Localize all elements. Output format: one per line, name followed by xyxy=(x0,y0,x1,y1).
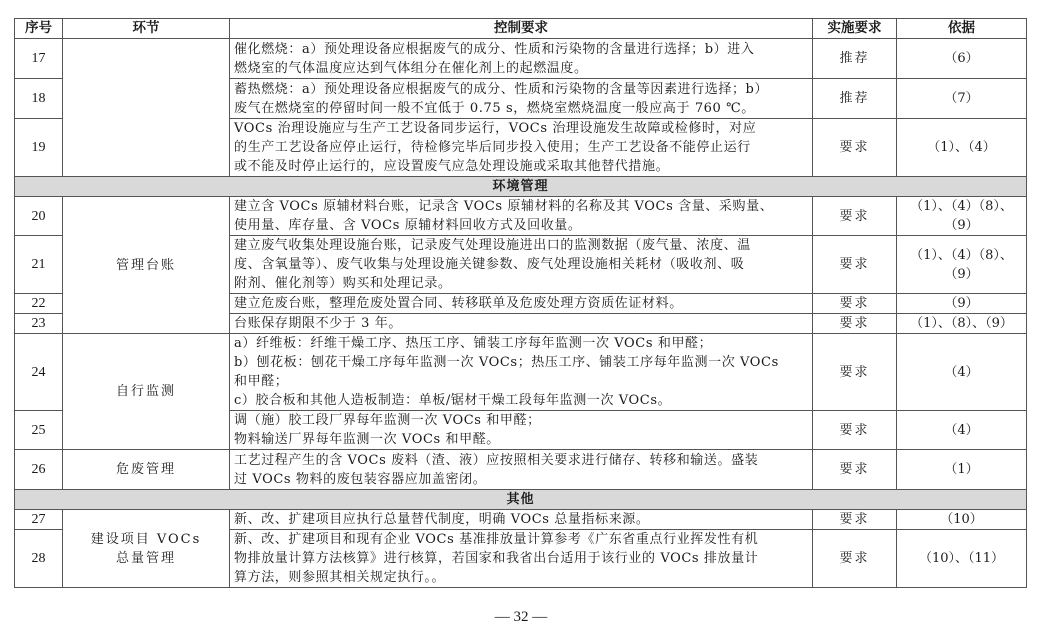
row-content: a）纤维板：纤维干燥工序、热压工序、铺装工序每年监测一次 VOCs 和甲醛； b… xyxy=(230,334,813,411)
row-num: 28 xyxy=(15,530,63,588)
content-line: 过 VOCs 物料的废包装容器应加盖密闭。 xyxy=(234,470,808,489)
section-title: 环境管理 xyxy=(15,177,1027,197)
row-num: 20 xyxy=(15,197,63,236)
row-basis: （1）、（4）（8）、 （9） xyxy=(897,197,1027,236)
content-line: 工艺过程产生的含 VOCs 废料（渣、液）应按照相关要求进行储存、转移和输送。盛… xyxy=(234,451,808,470)
section-row-other: 其他 xyxy=(15,490,1027,510)
row-num: 21 xyxy=(15,236,63,294)
row-basis: （1）、（8）、（9） xyxy=(897,314,1027,334)
stage-cell: 危废管理 xyxy=(63,450,230,490)
content-line: c）胶合板和其他人造板制造：单板/锯材干燥工段每年监测一次 VOCs。 xyxy=(234,391,808,410)
row-basis: （1）、（4）（8）、 （9） xyxy=(897,236,1027,294)
content-line: b）刨花板：刨花干燥工序每年监测一次 VOCs；热压工序、铺装工序每年监测一次 … xyxy=(234,353,808,372)
content-line: 新、改、扩建项目应执行总量替代制度，明确 VOCs 总量指标来源。 xyxy=(234,510,808,529)
basis-line: （1）、（4）（8）、 xyxy=(901,246,1022,265)
row-content: 调（施）胶工段厂界每年监测一次 VOCs 和甲醛； 物料输送厂界每年监测一次 V… xyxy=(230,411,813,450)
row-impl: 要求 xyxy=(813,197,897,236)
basis-line: （9） xyxy=(901,265,1022,284)
row-basis: （10）、（11） xyxy=(897,530,1027,588)
header-stage: 环节 xyxy=(63,19,230,39)
row-num: 19 xyxy=(15,119,63,177)
content-line: 建立废气收集处理设施台账，记录废气处理设施进出口的监测数据（废气量、浓度、温 xyxy=(234,236,808,255)
content-line: 台账保存期限不少于 3 年。 xyxy=(234,314,808,333)
header-num: 序号 xyxy=(15,19,63,39)
stage-line: 总量管理 xyxy=(67,549,225,568)
basis-line: （9） xyxy=(901,216,1022,235)
row-impl: 要求 xyxy=(813,334,897,411)
row-basis: （4） xyxy=(897,411,1027,450)
section-row-env-mgmt: 环境管理 xyxy=(15,177,1027,197)
content-line: 新、改、扩建项目和现有企业 VOCs 基准排放量计算参考《广东省重点行业挥发性有… xyxy=(234,530,808,549)
table-row: 20 管理台账 建立含 VOCs 原辅材料台账，记录含 VOCs 原辅材料的名称… xyxy=(15,197,1027,236)
content-line: 物排放量计算方法核算》进行核算，若国家和我省出台适用于该行业的 VOCs 排放量… xyxy=(234,549,808,568)
content-line: 建立含 VOCs 原辅材料台账，记录含 VOCs 原辅材料的名称及其 VOCs … xyxy=(234,197,808,216)
stage-cell: 建设项目 VOCs 总量管理 xyxy=(63,510,230,588)
table-row: 26 危废管理 工艺过程产生的含 VOCs 废料（渣、液）应按照相关要求进行储存… xyxy=(15,450,1027,490)
stage-cell: 自行监测 xyxy=(63,334,230,450)
content-line: 物料输送厂界每年监测一次 VOCs 和甲醛。 xyxy=(234,430,808,449)
page-number: — 32 — xyxy=(0,609,1042,626)
row-impl: 要求 xyxy=(813,236,897,294)
basis-line: （1）、（4）（8）、 xyxy=(901,197,1022,216)
row-impl: 要求 xyxy=(813,510,897,530)
content-line: 燃烧室的气体温度应达到气体组分在催化剂上的起燃温度。 xyxy=(234,59,808,78)
row-num: 17 xyxy=(15,39,63,79)
row-content: 建立含 VOCs 原辅材料台账，记录含 VOCs 原辅材料的名称及其 VOCs … xyxy=(230,197,813,236)
row-content: 新、改、扩建项目应执行总量替代制度，明确 VOCs 总量指标来源。 xyxy=(230,510,813,530)
table-row: 27 建设项目 VOCs 总量管理 新、改、扩建项目应执行总量替代制度，明确 V… xyxy=(15,510,1027,530)
row-content: 工艺过程产生的含 VOCs 废料（渣、液）应按照相关要求进行储存、转移和输送。盛… xyxy=(230,450,813,490)
stage-cell xyxy=(63,39,230,177)
row-basis: （4） xyxy=(897,334,1027,411)
row-basis: （1） xyxy=(897,450,1027,490)
section-title: 其他 xyxy=(15,490,1027,510)
content-line: a）纤维板：纤维干燥工序、热压工序、铺装工序每年监测一次 VOCs 和甲醛； xyxy=(234,334,808,353)
row-impl: 推荐 xyxy=(813,79,897,119)
row-content: 新、改、扩建项目和现有企业 VOCs 基准排放量计算参考《广东省重点行业挥发性有… xyxy=(230,530,813,588)
content-line: 附剂、催化剂等）购买和处理记录。 xyxy=(234,274,808,293)
content-line: 的生产工艺设备应停止运行，待检修完毕后同步投入使用；生产工艺设备不能停止运行 xyxy=(234,138,808,157)
row-basis: （10） xyxy=(897,510,1027,530)
row-impl: 要求 xyxy=(813,119,897,177)
content-line: 催化燃烧：a）预处理设备应根据废气的成分、性质和污染物的含量进行选择；b）进入 xyxy=(234,40,808,59)
stage-cell: 管理台账 xyxy=(63,197,230,334)
row-impl: 要求 xyxy=(813,530,897,588)
row-impl: 推荐 xyxy=(813,39,897,79)
table-row: 24 自行监测 a）纤维板：纤维干燥工序、热压工序、铺装工序每年监测一次 VOC… xyxy=(15,334,1027,411)
stage-line: 建设项目 VOCs xyxy=(67,530,225,549)
content-line: 调（施）胶工段厂界每年监测一次 VOCs 和甲醛； xyxy=(234,411,808,430)
row-basis: （9） xyxy=(897,294,1027,314)
row-num: 26 xyxy=(15,450,63,490)
row-content: 台账保存期限不少于 3 年。 xyxy=(230,314,813,334)
table-header-row: 序号 环节 控制要求 实施要求 依据 xyxy=(15,19,1027,39)
header-impl: 实施要求 xyxy=(813,19,897,39)
row-impl: 要求 xyxy=(813,411,897,450)
content-line: 蓄热燃烧：a）预处理设备应根据废气的成分、性质和污染物的含量等因素进行选择；b） xyxy=(234,80,808,99)
row-basis: （6） xyxy=(897,39,1027,79)
row-num: 24 xyxy=(15,334,63,411)
row-num: 22 xyxy=(15,294,63,314)
row-basis: （1）、（4） xyxy=(897,119,1027,177)
row-content: VOCs 治理设施应与生产工艺设备同步运行，VOCs 治理设施发生故障或检修时，… xyxy=(230,119,813,177)
row-content: 蓄热燃烧：a）预处理设备应根据废气的成分、性质和污染物的含量等因素进行选择；b）… xyxy=(230,79,813,119)
content-line: 和甲醛； xyxy=(234,372,808,391)
row-impl: 要求 xyxy=(813,294,897,314)
header-basis: 依据 xyxy=(897,19,1027,39)
content-line: VOCs 治理设施应与生产工艺设备同步运行，VOCs 治理设施发生故障或检修时，… xyxy=(234,119,808,138)
content-line: 建立危废台账，整理危废处置合同、转移联单及危废处理方资质佐证材料。 xyxy=(234,294,808,313)
row-num: 23 xyxy=(15,314,63,334)
content-line: 使用量、库存量、含 VOCs 原辅材料回收方式及回收量。 xyxy=(234,216,808,235)
content-line: 或不能及时停止运行的，应设置废气应急处理设施或采取其他替代措施。 xyxy=(234,157,808,176)
table-row: 17 催化燃烧：a）预处理设备应根据废气的成分、性质和污染物的含量进行选择；b）… xyxy=(15,39,1027,79)
content-line: 废气在燃烧室的停留时间一般不宜低于 0.75 s，燃烧室燃烧温度一般应高于 76… xyxy=(234,99,808,118)
row-content: 催化燃烧：a）预处理设备应根据废气的成分、性质和污染物的含量进行选择；b）进入 … xyxy=(230,39,813,79)
row-content: 建立废气收集处理设施台账，记录废气处理设施进出口的监测数据（废气量、浓度、温 度… xyxy=(230,236,813,294)
row-basis: （7） xyxy=(897,79,1027,119)
row-content: 建立危废台账，整理危废处置合同、转移联单及危废处理方资质佐证材料。 xyxy=(230,294,813,314)
row-impl: 要求 xyxy=(813,450,897,490)
header-content: 控制要求 xyxy=(230,19,813,39)
row-num: 27 xyxy=(15,510,63,530)
control-requirements-table: 序号 环节 控制要求 实施要求 依据 17 催化燃烧：a）预处理设备应根据废气的… xyxy=(14,18,1027,588)
content-line: 度、含氧量等）、废气收集与处理设施关键参数、废气处理设施相关耗材（吸收剂、吸 xyxy=(234,255,808,274)
row-impl: 要求 xyxy=(813,314,897,334)
row-num: 18 xyxy=(15,79,63,119)
row-num: 25 xyxy=(15,411,63,450)
content-line: 算方法，则参照其相关规定执行。。 xyxy=(234,568,808,587)
